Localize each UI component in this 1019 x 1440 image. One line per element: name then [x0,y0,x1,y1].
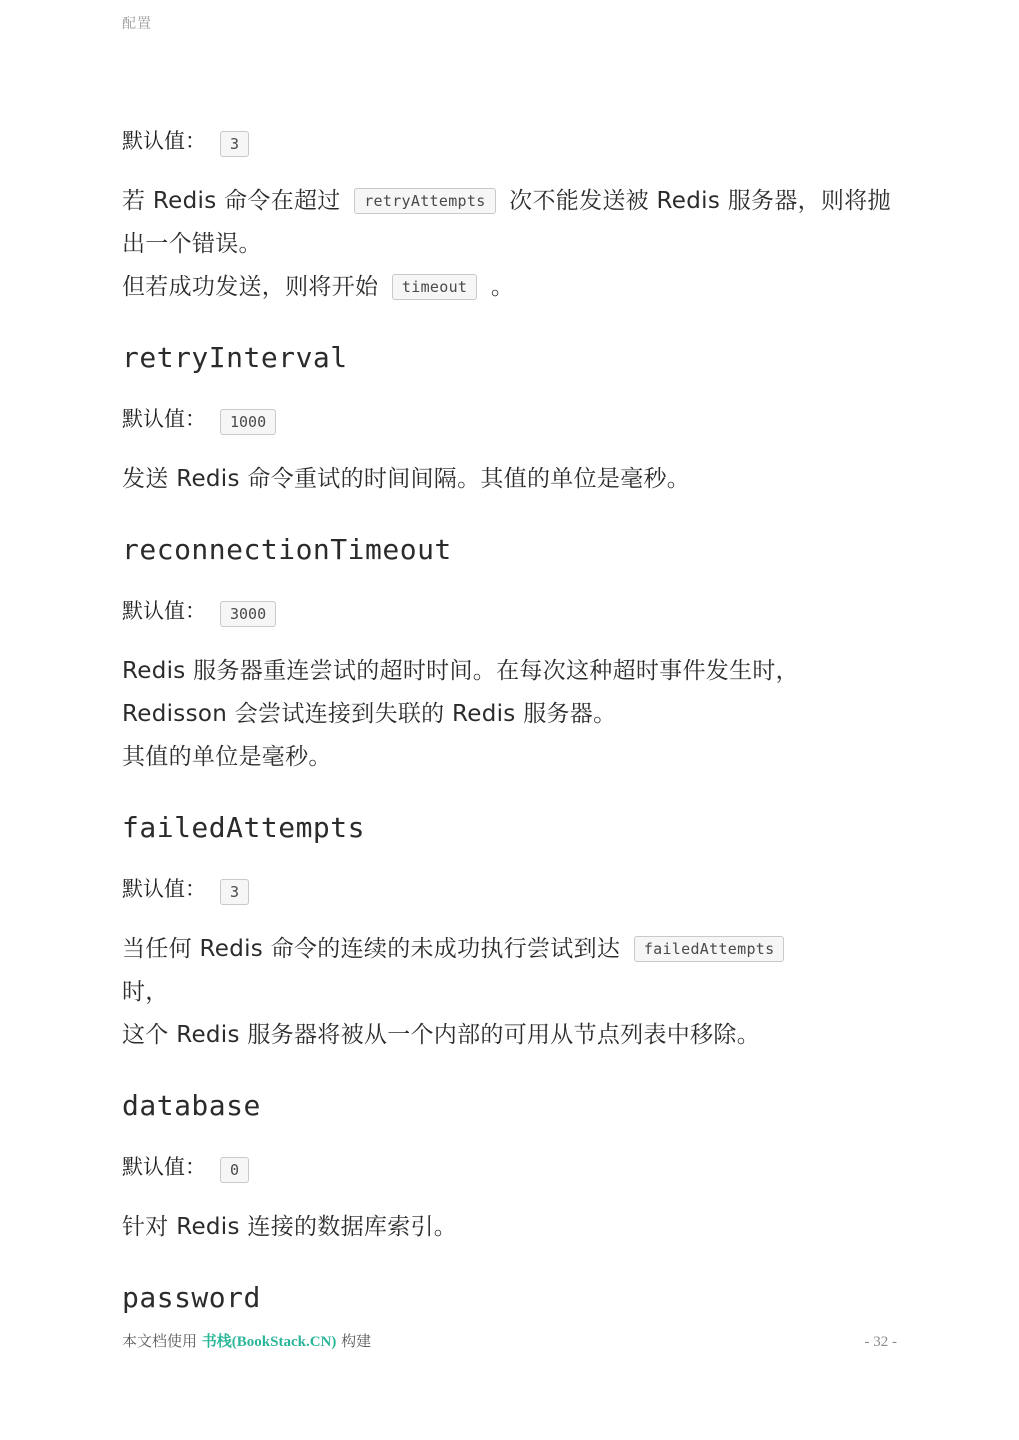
paragraph: 针对 Redis 连接的数据库索引。 [122,1206,901,1249]
inline-code-timeout: timeout [392,274,477,300]
paragraph-text: 。 [483,274,514,300]
paragraph-text: Redis 服务器重连尝试的超时时间。在每次这种超时事件发生时， [122,658,799,684]
footer-build-note: 本文档使用 书栈(BookStack.CN) 构建 [122,1330,371,1351]
footer-brand-link[interactable]: 书栈(BookStack.CN) [202,1334,337,1350]
section-reconnectiontimeout: reconnectionTimeout 默认值：3000 Redis 服务器重连… [122,532,901,779]
section-retryinterval: retryInterval 默认值：1000 发送 Redis 命令重试的时间间… [122,340,901,501]
section-heading-failedattempts: failedAttempts [122,810,901,846]
paragraph: 发送 Redis 命令重试的时间间隔。其值的单位是毫秒。 [122,458,901,501]
section-database: database 默认值：0 针对 Redis 连接的数据库索引。 [122,1088,901,1249]
default-value-row: 默认值：3000 [122,596,901,626]
top-spacer [122,0,901,126]
default-value-label: 默认值： [122,599,206,623]
section-password: password [122,1280,901,1316]
section-heading-reconnectiontimeout: reconnectionTimeout [122,532,901,568]
paragraph-text: 若 Redis 命令在超过 [122,188,348,214]
paragraph-text: 发送 Redis 命令重试的时间间隔。其值的单位是毫秒。 [122,466,690,492]
default-value-label: 默认值： [122,1155,206,1179]
document-content: 默认值：3 若 Redis 命令在超过 retryAttempts 次不能发送被… [122,0,901,1344]
default-value-badge: 3 [220,879,249,905]
default-value-label: 默认值： [122,129,206,153]
page-footer: 本文档使用 书栈(BookStack.CN) 构建 - 32 - [122,1330,897,1351]
paragraph: 若 Redis 命令在超过 retryAttempts 次不能发送被 Redis… [122,180,901,309]
footer-text-prefix: 本文档使用 [122,1332,202,1350]
default-value-row: 默认值：0 [122,1152,901,1182]
paragraph: Redis 服务器重连尝试的超时时间。在每次这种超时事件发生时，Redisson… [122,650,901,779]
section-heading-password: password [122,1280,901,1316]
paragraph-text: 针对 Redis 连接的数据库索引。 [122,1214,457,1240]
page-number: - 32 - [865,1334,898,1351]
paragraph-text: Redisson 会尝试连接到失联的 Redis 服务器。 [122,701,616,727]
paragraph-text: 但若成功发送，则将开始 [122,274,386,300]
paragraph-text: 这个 Redis 服务器将被从一个内部的可用从节点列表中移除。 [122,1022,760,1048]
footer-text-suffix: 构建 [336,1332,371,1350]
paragraph: 当任何 Redis 命令的连续的未成功执行尝试到达 failedAttempts… [122,928,901,1057]
section-retryattempts-tail: 默认值：3 若 Redis 命令在超过 retryAttempts 次不能发送被… [122,126,901,309]
default-value-label: 默认值： [122,877,206,901]
default-value-badge: 3000 [220,601,276,627]
inline-code-retryattempts: retryAttempts [354,188,495,214]
default-value-row: 默认值：3 [122,874,901,904]
default-value-badge: 3 [220,131,249,157]
paragraph-text: 其值的单位是毫秒。 [122,744,332,770]
section-heading-retryinterval: retryInterval [122,340,901,376]
section-failedattempts: failedAttempts 默认值：3 当任何 Redis 命令的连续的未成功… [122,810,901,1057]
default-value-label: 默认值： [122,407,206,431]
default-value-badge: 0 [220,1157,249,1183]
section-heading-database: database [122,1088,901,1124]
default-value-row: 默认值：1000 [122,404,901,434]
paragraph-text: 时， [122,979,169,1005]
inline-code-failedattempts: failedAttempts [634,936,785,962]
default-value-row: 默认值：3 [122,126,901,156]
paragraph-text: 当任何 Redis 命令的连续的未成功执行尝试到达 [122,936,628,962]
default-value-badge: 1000 [220,409,276,435]
